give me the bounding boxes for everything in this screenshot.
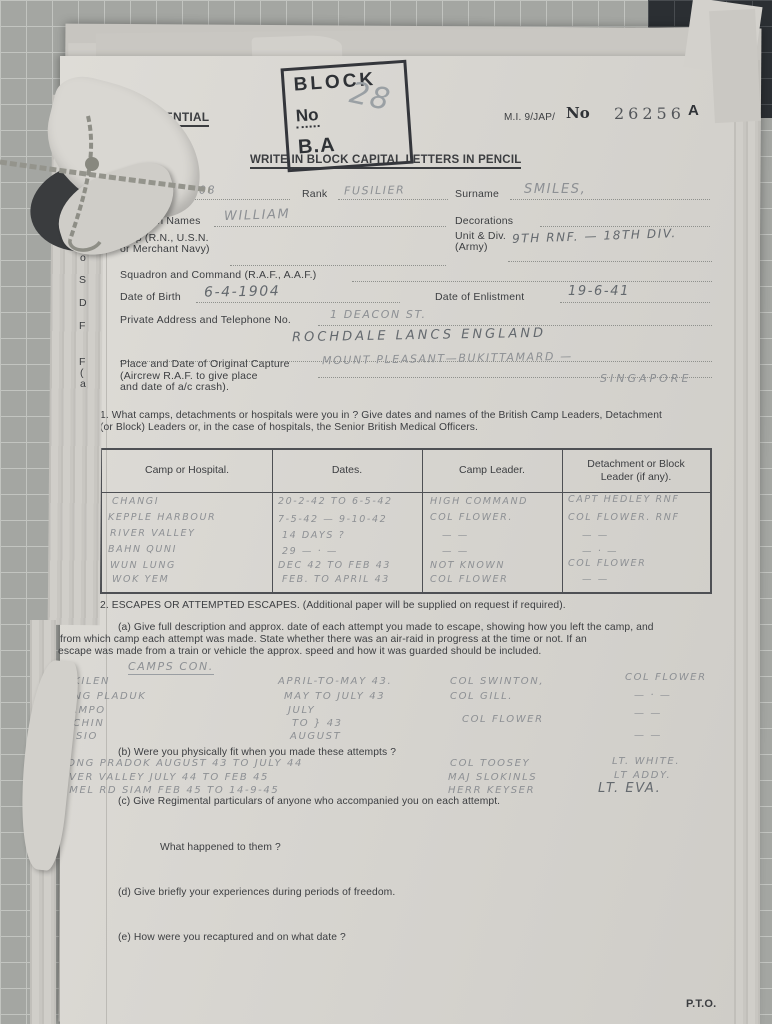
margin-fragment: F	[79, 320, 86, 332]
camps2-dates: TO } 43	[292, 718, 343, 729]
stamp-pencil-number: 28	[347, 75, 395, 118]
camps2-dates: MAY TO JULY 43	[284, 691, 385, 702]
question2a-line1: (a) Give full description and approx. da…	[118, 622, 654, 633]
pto-label: P.T.O.	[686, 998, 716, 1010]
address-label: Private Address and Telephone No.	[120, 314, 291, 326]
series-letter: A	[688, 102, 699, 119]
camps-continued-title: CAMPS CON.	[128, 660, 214, 675]
camps2-leader: COL GILL.	[450, 691, 513, 702]
attempt-leader: HERR KEYSER	[448, 785, 535, 796]
table-header-camp: Camp or Hospital.	[102, 450, 272, 492]
camps2-dates: JULY	[288, 705, 315, 716]
camps2-dates: APRIL-TO-MAY 43.	[278, 676, 392, 687]
dotted-line	[540, 213, 710, 227]
what-happened-question: What happened to them ?	[160, 842, 281, 853]
capture-label-line1: Place and Date of Original Capture	[120, 358, 290, 370]
decorations-label: Decorations	[455, 215, 513, 227]
unit-div-label-line2: (Army)	[455, 241, 488, 253]
attempt-officer: LT ADDY.	[614, 770, 671, 781]
table-header-detachment: Detachment or Block Leader (if any).	[562, 450, 710, 492]
camps2-camp: SIO	[76, 731, 98, 742]
tie-string	[0, 110, 215, 260]
table-header-rule	[102, 492, 710, 493]
number-label: No	[566, 104, 590, 122]
question2a-line3: escape was made from a train or vehicle …	[58, 646, 541, 657]
question1-line1: 1. What camps, detachments or hospitals …	[100, 410, 662, 421]
camps2-detachment: COL FLOWER	[625, 672, 707, 683]
attempt-camp: TAMEL RD SIAM FEB 45 TO 14-9-45	[54, 785, 279, 796]
rank-label: Rank	[302, 188, 327, 200]
camps2-detachment: — —	[634, 708, 662, 719]
dotted-line	[196, 289, 400, 303]
question1-line2: (or Block) Leaders or, in the case of ho…	[100, 422, 478, 433]
camps2-detachment: — —	[634, 730, 662, 741]
margin-fragment: S	[79, 274, 86, 286]
camps2-leader: COL SWINTON,	[450, 676, 544, 687]
question2c: (c) Give Regimental particulars of anyon…	[118, 796, 500, 807]
block-number-stamp: BLOCK No B.A 28	[281, 60, 414, 173]
attempt-camp: NONG PRADOK AUGUST 43 TO JULY 44	[58, 758, 303, 769]
scanned-pow-questionnaire: ONFID NFIDENTIAL M.I. 9/JAP/ No 26256 A …	[0, 0, 772, 1024]
question2d: (d) Give briefly your experiences during…	[118, 887, 395, 898]
dob-label: Date of Birth	[120, 291, 181, 303]
table-header-dates: Dates.	[272, 450, 422, 492]
serial-number: 26256	[614, 104, 685, 123]
top-right-page-corner2	[709, 9, 761, 123]
stamp-ba-word: B.A	[297, 134, 336, 160]
attempt-officer: LT. WHITE.	[612, 756, 680, 767]
question2b: (b) Were you physically fit when you mad…	[118, 747, 396, 758]
question2a-line2: from which camp each attempt was made. S…	[60, 634, 587, 645]
camps2-dates: AUGUST	[290, 731, 341, 742]
form-reference: M.I. 9/JAP/	[504, 112, 555, 123]
capture-label-line3: and date of a/c crash).	[120, 381, 229, 393]
dotted-line	[318, 312, 712, 326]
dotted-line	[508, 248, 712, 262]
table-header-leader: Camp Leader.	[422, 450, 562, 492]
margin-fragment: D	[79, 297, 87, 309]
squadron-label: Squadron and Command (R.A.F., A.A.F.)	[120, 269, 317, 281]
attempt-officer: LT. EVA.	[598, 781, 661, 796]
dotted-line	[338, 186, 448, 200]
margin-fragment: a	[80, 378, 86, 390]
dotted-line	[560, 289, 710, 303]
question2e: (e) How were you recaptured and on what …	[118, 932, 346, 943]
question2-heading: 2. ESCAPES OR ATTEMPTED ESCAPES. (Additi…	[100, 600, 566, 611]
surname-label: Surname	[455, 188, 499, 200]
dotted-line	[230, 252, 446, 266]
attempt-leader: MAJ SLOKINLS	[448, 772, 537, 783]
stamp-no-word: No	[295, 105, 319, 129]
dotted-line	[510, 186, 710, 200]
dotted-line	[352, 268, 712, 282]
attempt-camp: RIVER VALLEY JULY 44 TO FEB 45	[56, 772, 269, 783]
capture-value-line2: SINGAPORE	[600, 372, 691, 385]
attempt-leader: COL TOOSEY	[450, 758, 530, 769]
camps-table: Camp or Hospital. Dates. Camp Leader. De…	[100, 448, 712, 594]
camps2-detachment: — · —	[634, 690, 672, 701]
right-page-edges	[734, 60, 760, 1024]
dotted-line	[214, 213, 446, 227]
enlistment-label: Date of Enlistment	[435, 291, 524, 303]
camps2-leader: COL FLOWER	[462, 714, 544, 725]
